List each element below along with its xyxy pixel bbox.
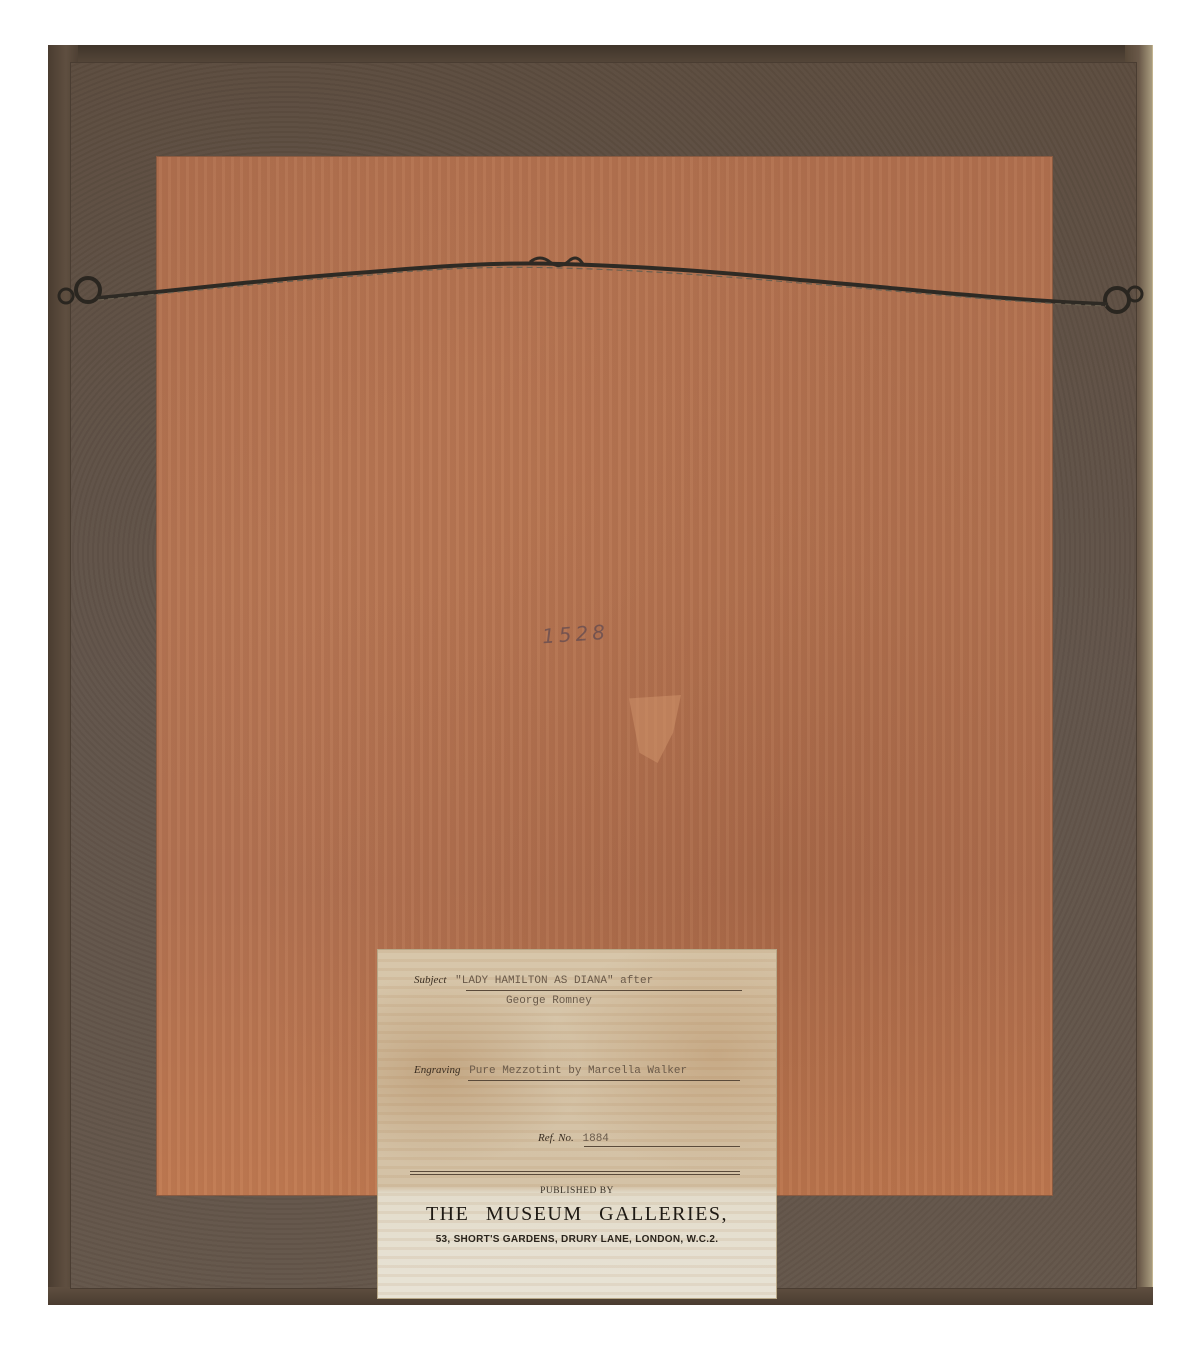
divider-rule-2 — [410, 1174, 740, 1175]
subject-rule — [466, 990, 742, 991]
ref-key: Ref. No. — [538, 1132, 574, 1144]
publisher-address: 53, SHORT'S GARDENS, DRURY LANE, LONDON,… — [378, 1234, 776, 1245]
engraving-rule — [468, 1080, 740, 1081]
ref-row: Ref. No. 1884 — [538, 1132, 609, 1145]
pencil-inventory-mark: 1528 — [541, 620, 609, 649]
engraving-value: Pure Mezzotint by Marcella Walker — [469, 1065, 687, 1077]
engraving-row: Engraving Pure Mezzotint by Marcella Wal… — [414, 1064, 687, 1077]
subject-row-2: George Romney — [506, 994, 592, 1007]
engraving-key: Engraving — [414, 1064, 460, 1076]
publisher-label: Subject "LADY HAMILTON AS DIANA" after G… — [378, 950, 776, 1298]
divider-rule-1 — [410, 1171, 740, 1172]
published-by-text: PUBLISHED BY — [378, 1186, 776, 1196]
publisher-name: THE MUSEUM GALLERIES, — [378, 1203, 776, 1226]
ref-rule — [584, 1146, 740, 1147]
ref-value: 1884 — [583, 1133, 609, 1145]
subject-value-line2: George Romney — [506, 995, 592, 1007]
subject-value: "LADY HAMILTON AS DIANA" after — [455, 975, 653, 987]
subject-row: Subject "LADY HAMILTON AS DIANA" after — [414, 974, 653, 987]
subject-key: Subject — [414, 974, 446, 986]
water-stain — [629, 695, 681, 763]
